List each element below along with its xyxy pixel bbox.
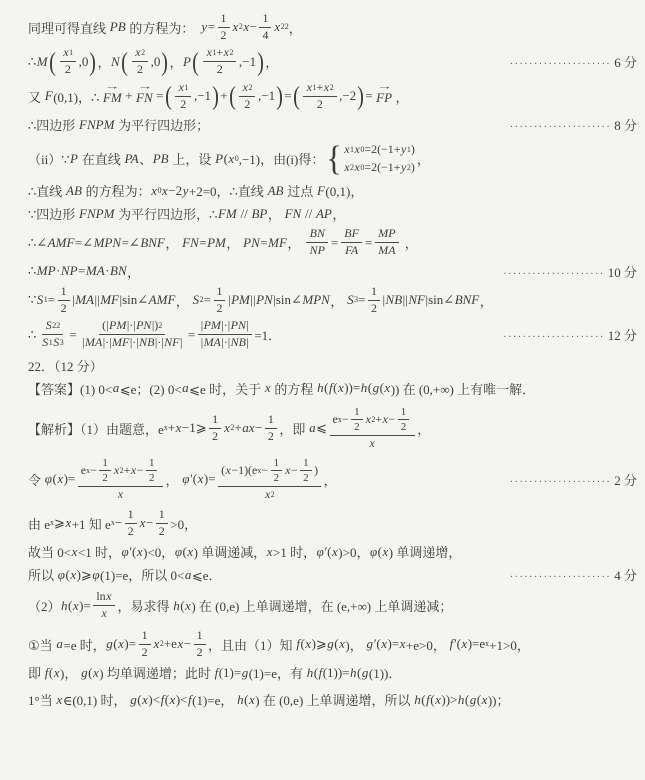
superscript: 2: [271, 491, 275, 499]
line-content: 同理可得直线 PB 的方程为： y=12x2x−14x22，: [28, 12, 302, 42]
math-variable: x: [384, 380, 391, 396]
text-run: =∠: [122, 235, 140, 251]
text-run: |sin∠: [273, 292, 302, 308]
text-run: ，且由（1）知: [208, 635, 296, 654]
math-variable: x: [101, 607, 107, 621]
text-run: 1: [217, 285, 223, 299]
text-run: ,−2: [339, 88, 356, 104]
text-run: +: [124, 464, 131, 478]
text-run: ，: [417, 419, 430, 438]
fraction-denominator: 2: [265, 429, 277, 444]
dot-leader: ·····················: [510, 59, 611, 70]
fraction-numerator: 1: [300, 457, 312, 472]
math-variable: MA: [378, 244, 396, 258]
text-run: 在直线: [78, 149, 124, 168]
text-run: ): [411, 142, 415, 157]
math-variable: P: [70, 151, 79, 167]
subscript: 2: [141, 49, 145, 57]
fraction: 12: [99, 457, 111, 485]
text-run: ∴∠: [28, 235, 47, 251]
math-variable: a: [184, 567, 192, 583]
text-run: )，: [60, 663, 81, 682]
math-variable: NP: [60, 263, 78, 279]
text-run: =: [78, 263, 85, 279]
text-run: +: [234, 420, 241, 436]
fraction-denominator: 2: [214, 301, 226, 316]
text-run: ∴: [28, 327, 36, 343]
line-answer: 【答案】(1) 0<a⩽e；(2) 0<a⩽e 时，关于 x 的方程 h(f(x…: [28, 379, 637, 398]
text-run: −1)(e: [231, 464, 257, 478]
fraction: 12: [139, 629, 151, 659]
fraction-numerator: (x−1)(ex−12x−12): [218, 457, 321, 487]
text-run: |: [246, 319, 248, 333]
subscript: 3: [60, 339, 64, 347]
line-content: ∵S1=12|MA||MF|sin∠AMF， S2=12|PM||PN|sin∠…: [28, 285, 493, 315]
text-run: ∴直线: [28, 181, 66, 200]
math-variable: FM: [217, 206, 237, 222]
math-variable: x: [65, 515, 72, 531]
vector-arrow-icon: →: [370, 82, 399, 91]
text-run: 2: [102, 472, 108, 485]
fraction-denominator: 2: [125, 524, 137, 539]
math-variable: NF: [164, 336, 180, 350]
text-run: |sin∠: [426, 292, 455, 308]
fraction-denominator: 2: [214, 62, 226, 77]
text-run: −1⩾: [182, 420, 207, 436]
vector: →FM: [102, 87, 122, 106]
math-variable: NB: [385, 292, 403, 308]
text-run: 1: [159, 508, 165, 522]
fraction-numerator: x1+x2: [203, 46, 236, 62]
text-run: 所以: [28, 565, 57, 584]
fraction-denominator: |MA|·|MF|·|NB|·|NF|: [79, 335, 185, 350]
math-variable: f′: [449, 636, 456, 652]
text-run: =: [284, 88, 291, 104]
math-variable: NP: [309, 244, 325, 258]
line-inequality: 由 ex⩾x+1 知 ex−12x−12>0，: [28, 508, 637, 538]
fraction-numerator: ex−12x2+x−12: [330, 406, 415, 436]
big-paren: (: [293, 85, 300, 108]
text-run: −: [388, 413, 395, 427]
big-paren: ): [162, 50, 169, 73]
math-variable: ax: [242, 420, 255, 436]
fraction: (|PM|·|PN|)2|MA|·|MF|·|NB|·|NF|: [79, 319, 185, 349]
big-paren: ): [90, 50, 97, 73]
math-variable: x: [274, 19, 281, 35]
text-run: ∵: [28, 292, 36, 308]
text-run: 又: [28, 87, 44, 106]
text-run: =: [69, 327, 76, 343]
text-run: =: [365, 235, 372, 251]
text-run: +1>0，: [489, 635, 530, 654]
line-product: ∴MP·NP=MA·BN，·····················10 分: [28, 262, 637, 281]
math-variable: φ′: [182, 471, 193, 487]
line-both-increasing: 即 f(x)， g(x) 均单调递增；此时 f(1)=g(1)=e，有 h(f(…: [28, 663, 637, 682]
vector: →FN: [136, 87, 154, 106]
fraction-denominator: 2: [194, 645, 206, 660]
text-run: −: [342, 413, 349, 427]
text-run: (0,1)，∴: [53, 87, 99, 106]
text-run: +: [220, 88, 227, 104]
text-run: 令: [28, 470, 44, 489]
text-run: ，: [165, 233, 181, 252]
text-run: )=: [124, 636, 136, 652]
text-run: −: [255, 420, 262, 436]
line-content: ∴∠AMF=∠MPN=∠BNF， FN=PM， PN=MF， BNNP=BFFA…: [28, 227, 418, 257]
line-content: 【答案】(1) 0<a⩽e；(2) 0<a⩽e 时，关于 x 的方程 h(f(x…: [28, 379, 535, 398]
text-run: 的方程为：: [126, 18, 201, 37]
math-variable: MA: [85, 336, 103, 350]
text-run: )<: [148, 692, 160, 708]
fraction-numerator: 1: [194, 629, 206, 645]
fraction: 12: [368, 285, 380, 315]
text-run: |·|: [155, 336, 164, 350]
fraction-denominator: MA: [375, 243, 399, 258]
math-variable: x: [142, 692, 149, 708]
text-run: )) 在 (0,+∞) 上有唯一解．: [391, 379, 535, 398]
fraction-numerator: BF: [341, 227, 363, 243]
text-run: ) 均单调递增；此时: [99, 663, 214, 682]
fraction: 12: [271, 457, 283, 485]
text-run: |·|: [103, 336, 112, 350]
math-variable: AP: [315, 206, 332, 222]
score-label: 2 分: [614, 470, 637, 489]
math-variable: x: [151, 183, 158, 199]
text-run: 2: [217, 302, 223, 316]
fraction-denominator: 2: [58, 301, 70, 316]
fraction: 12: [398, 406, 410, 434]
math-variable: h: [414, 692, 422, 708]
text-run: ，: [165, 470, 181, 489]
math-variable: g: [469, 692, 477, 708]
math-variable: x: [339, 636, 346, 652]
text-run: 即: [28, 663, 44, 682]
text-run: =: [48, 292, 55, 308]
text-run: ∈(0,1) 时，: [63, 690, 130, 709]
math-variable: PN: [230, 319, 246, 333]
fraction-numerator: 1: [368, 285, 380, 301]
math-variable: h: [317, 380, 325, 396]
text-run: 1: [128, 508, 134, 522]
fraction-numerator: 1: [156, 508, 168, 524]
math-variable: φ′: [121, 544, 132, 560]
fraction-denominator: 2: [139, 645, 151, 660]
fraction-numerator: 1: [58, 285, 70, 301]
math-variable: h: [457, 692, 465, 708]
math-variable: BNF: [140, 235, 166, 251]
math-variable: g: [372, 380, 380, 396]
fraction-denominator: 2: [62, 62, 74, 77]
math-variable: PA: [124, 151, 139, 167]
fraction-numerator: x2: [132, 46, 148, 62]
math-variable: φ: [369, 544, 377, 560]
text-run: −: [146, 515, 153, 531]
math-variable: g: [361, 665, 369, 681]
line-conclusion-1: 所以 φ(x)⩾φ(1)=e，所以 0<a⩽e．················…: [28, 565, 637, 584]
math-variable: h: [306, 665, 314, 681]
text-run: ) 单调递增，: [389, 542, 462, 561]
math-variable: PM: [203, 319, 221, 333]
text-run: ，: [127, 262, 140, 281]
math-variable: h: [237, 692, 245, 708]
line-content: 令 φ(x)=ex−12x2+x−12x， φ′(x)=(x−1)(ex−12x…: [28, 457, 337, 502]
text-run: |·|: [130, 336, 139, 350]
math-variable: NB: [230, 336, 246, 350]
fraction-numerator: BN: [306, 227, 328, 243]
text-run: =∠: [75, 235, 93, 251]
text-run: 的方程: [271, 379, 317, 398]
line-vector-sum: 又 F(0,1)，∴→FM+→FN=(x12,−1)+(x22,−1)=(x1+…: [28, 81, 637, 111]
math-variable: PB: [152, 151, 169, 167]
text-run: 1: [371, 285, 377, 299]
fraction-numerator: 1: [218, 12, 230, 28]
math-variable: y: [201, 19, 208, 35]
text-run: 2: [142, 646, 148, 660]
text-run: −: [90, 464, 97, 478]
text-run: ，: [97, 52, 110, 71]
math-variable: S: [36, 292, 44, 308]
text-run: 2: [128, 525, 134, 539]
text-run: 22．（12 分）: [28, 356, 103, 375]
vector-label: FP: [376, 90, 393, 105]
math-variable: a: [182, 380, 190, 396]
score-marker: ·····················6 分: [502, 52, 637, 71]
subscript: 2: [330, 84, 334, 92]
vector: →FP: [376, 87, 393, 106]
math-variable: φ: [44, 471, 52, 487]
text-run: 【解析】（1）由题意，e: [28, 419, 164, 438]
score-marker: ·····················10 分: [495, 262, 637, 281]
text-run: ))；: [488, 690, 510, 709]
fraction-denominator: 2: [241, 97, 253, 112]
big-paren: (: [229, 85, 236, 108]
text-run: ∴: [28, 263, 36, 279]
text-run: )=: [79, 598, 91, 614]
text-run: ，: [324, 470, 337, 489]
math-variable: AB: [66, 183, 83, 199]
fraction-denominator: 2: [134, 62, 146, 77]
fraction: (x−1)(ex−12x−12)x2: [218, 457, 321, 502]
fraction: 12: [214, 285, 226, 315]
fraction-denominator: |MA|·|NB|: [198, 335, 252, 350]
superscript: 2: [56, 322, 60, 330]
text-run: −: [261, 464, 268, 478]
text-run: )=: [387, 636, 399, 652]
text-run: 上，设: [169, 149, 215, 168]
line-content: 即 f(x)， g(x) 均单调递增；此时 f(1)=g(1)=e，有 h(f(…: [28, 663, 401, 682]
text-run: 1: [61, 285, 67, 299]
text-run: )=: [64, 471, 76, 487]
text-run: //: [237, 206, 251, 222]
fraction-denominator: 2: [156, 524, 168, 539]
fraction-numerator: x1: [60, 46, 76, 62]
text-run: =: [208, 19, 215, 35]
math-variable: g: [130, 692, 138, 708]
text-run: ))=: [344, 380, 360, 396]
dot-leader: ·····················: [510, 122, 611, 133]
math-variable: x: [177, 636, 184, 652]
math-variable: φ: [57, 567, 65, 583]
fraction-denominator: 2: [398, 420, 410, 434]
big-paren: ): [276, 85, 283, 108]
math-variable: x: [187, 544, 194, 560]
score-label: 4 分: [614, 565, 637, 584]
line-content: 22．（12 分）: [28, 356, 103, 375]
math-variable: x: [185, 598, 192, 614]
text-run: 2: [212, 430, 218, 444]
text-run: +: [375, 413, 382, 427]
text-run: =e 时，: [63, 635, 105, 654]
text-run: ①当: [28, 635, 56, 654]
equation-row: x2x0=2(−1+y2): [344, 160, 415, 175]
math-variable: x: [136, 544, 143, 560]
fraction: lnxx: [93, 590, 115, 620]
text-run: 2: [317, 98, 323, 112]
text-run: ，易求得: [117, 596, 172, 615]
line-content: 故当 0<x<1 时，φ′(x)<0，φ(x) 单调递减，x>1 时，φ′(x)…: [28, 542, 461, 561]
fraction: x1+x22: [303, 81, 336, 111]
fraction-numerator: 1: [146, 457, 158, 472]
text-run: +: [216, 46, 223, 60]
fraction: 14: [259, 12, 271, 42]
text-run: ，即: [279, 419, 308, 438]
math-variable: PM: [207, 235, 227, 251]
text-run: 1: [102, 457, 108, 470]
math-variable: FNPM: [79, 206, 115, 222]
math-variable: FNPM: [79, 117, 115, 133]
text-run: //: [302, 206, 316, 222]
text-run: ∵四边形: [28, 204, 79, 223]
math-variable: x: [264, 380, 271, 396]
math-variable: BN: [110, 263, 128, 279]
math-variable: h: [173, 598, 181, 614]
fraction: x22: [132, 46, 148, 76]
math-variable: x: [461, 636, 468, 652]
line-part2-h: （2）h(x)=lnxx，易求得 h(x) 在 (0,e) 上单调递增，在 (e…: [28, 590, 637, 620]
math-variable: AMF: [47, 235, 75, 251]
dot-leader: ·····················: [510, 477, 611, 488]
math-variable: φ: [174, 544, 182, 560]
math-variable: x: [53, 665, 60, 681]
text-run: ，: [417, 149, 430, 168]
math-variable: S: [45, 319, 52, 333]
text-run: ，: [287, 233, 303, 252]
line-content: ①当 a=e 时，g(x)=12x2+ex−12，且由（1）知 f(x)⩾g(x…: [28, 629, 530, 659]
text-run: 1: [401, 406, 407, 419]
fraction-denominator: 2: [99, 471, 111, 485]
math-variable: F: [44, 88, 53, 104]
vector-arrow-icon: →: [129, 82, 159, 91]
math-variable: MA: [85, 263, 105, 279]
line-content: ∴四边形 FNPM 为平行四边形；: [28, 115, 209, 134]
text-run: 1: [142, 629, 148, 643]
math-variable: PN: [136, 319, 152, 333]
text-run: 为平行四边形；: [115, 115, 209, 134]
text-run: ))>: [441, 692, 457, 708]
math-variable: a: [309, 420, 317, 436]
fraction-numerator: 1: [139, 629, 151, 645]
math-variable: S: [53, 336, 60, 350]
text-run: ⩽e；(2) 0<: [120, 379, 182, 398]
fraction: MPMA: [375, 227, 399, 257]
big-paren: (: [49, 50, 56, 73]
math-variable: FN: [182, 235, 200, 251]
text-run: ,0: [79, 54, 89, 70]
text-run: ⩽e．: [192, 565, 222, 584]
text-run: ) 单调递减，: [194, 542, 267, 561]
math-variable: x: [197, 471, 204, 487]
math-variable: BP: [251, 206, 268, 222]
fraction: x22: [239, 81, 255, 111]
line-q22-header: 22．（12 分）: [28, 356, 637, 375]
text-run: 1: [303, 457, 309, 470]
text-run: ∴四边形: [28, 115, 79, 134]
text-run: 过点: [284, 181, 317, 200]
fraction-numerator: S22: [42, 319, 63, 335]
big-paren: (: [193, 50, 200, 73]
line-analysis-1: 【解析】（1）由题意，ex+x−1⩾12x2+ax−12，即 a⩽ex−12x2…: [28, 406, 637, 451]
math-variable: φ: [92, 567, 100, 583]
line-content: （2）h(x)=lnxx，易求得 h(x) 在 (0,e) 上单调递增，在 (e…: [28, 590, 452, 620]
big-paren: ): [257, 50, 264, 73]
score-label: 6 分: [614, 52, 637, 71]
text-run: 2: [268, 430, 274, 444]
text-run: )⩾: [312, 636, 327, 652]
math-variable: g: [327, 636, 335, 652]
fraction-numerator: MP: [375, 227, 399, 243]
fraction: 12: [194, 629, 206, 659]
text-run: （2）: [28, 596, 61, 615]
math-variable: x: [266, 544, 273, 560]
text-run: =: [204, 292, 211, 308]
math-variable: MP: [36, 263, 56, 279]
score-marker: ·····················8 分: [502, 115, 637, 134]
text-run: =: [188, 327, 195, 343]
math-variable: x: [232, 19, 239, 35]
line-content: ∵四边形 FNPM 为平行四边形，∴FM // BP， FN // AP，: [28, 204, 345, 223]
text-run: |·|: [221, 336, 230, 350]
math-variable: φ′: [316, 544, 327, 560]
math-variable: F: [316, 183, 325, 199]
text-run: 2: [137, 63, 143, 77]
math-variable: MPN: [302, 292, 330, 308]
fraction-denominator: 2: [300, 471, 312, 485]
text-run: ): [411, 160, 415, 175]
text-run: 2: [159, 525, 165, 539]
math-variable: x: [435, 692, 442, 708]
superscript: 2: [158, 322, 162, 330]
fraction-numerator: 1: [271, 457, 283, 472]
text-run: 【答案】(1) 0<: [28, 379, 112, 398]
subscript: 2: [229, 49, 233, 57]
math-variable: S: [42, 336, 49, 350]
fraction-numerator: 1: [259, 12, 271, 28]
math-variable: x: [381, 636, 388, 652]
fraction-numerator: x2: [239, 81, 255, 97]
text-run: 2: [244, 98, 250, 112]
fraction: 12: [125, 508, 137, 538]
text-run: )，: [345, 635, 366, 654]
math-variable: x: [71, 544, 78, 560]
fraction: 12: [265, 413, 277, 443]
text-run: 2: [217, 63, 223, 77]
math-variable: MA: [203, 336, 221, 350]
document-body: 同理可得直线 PB 的方程为： y=12x2x−14x22，∴M(x12,0)，…: [28, 12, 637, 709]
brace-icon: {: [326, 144, 341, 174]
text-run: +e>0，: [406, 635, 449, 654]
line-case-ii: （ii）∵P 在直线 PA、PB 上，设 P(x0,−1)，由(i)得：{x1x…: [28, 142, 637, 175]
math-variable: BNF: [454, 292, 480, 308]
